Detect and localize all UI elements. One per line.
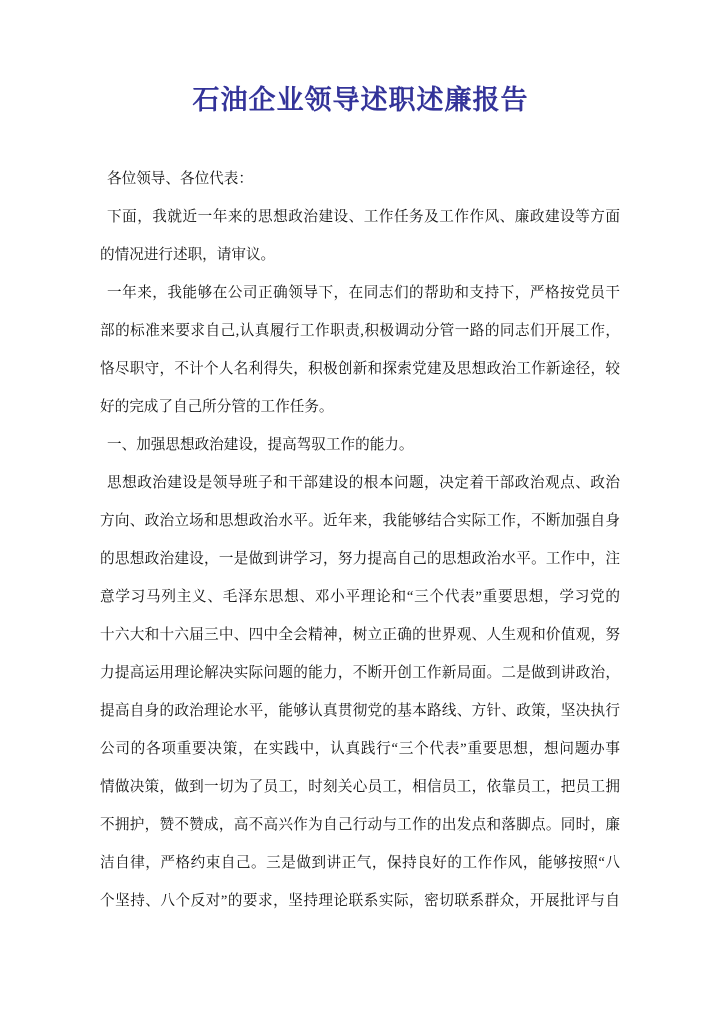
text-line: 方向、政治立场和思想政治水平。近年来，我能够结合实际工作，不断加强自身 — [100, 502, 620, 540]
document-page: 石油企业领导述职述廉报告 各位领导、各位代表：下面，我就近一年来的思想政治建设、… — [0, 0, 721, 1020]
document-title: 石油企业领导述职述廉报告 — [0, 80, 721, 120]
text-line: 好的完成了自己所分管的工作任务。 — [100, 388, 620, 426]
text-line: 不拥护，赞不赞成，高不高兴作为自己行动与工作的出发点和落脚点。同时，廉 — [100, 806, 620, 844]
text-line: 的思想政治建设，一是做到讲学习，努力提高自己的思想政治水平。工作中，注 — [100, 540, 620, 578]
text-line: 情做决策，做到一切为了员工，时刻关心员工，相信员工，依靠员工，把员工拥 — [100, 768, 620, 806]
text-line: 的情况进行述职，请审议。 — [100, 236, 620, 274]
text-line: 意学习马列主义、毛泽东思想、邓小平理论和“三个代表”重要思想，学习党的 — [100, 578, 620, 616]
text-line: 思想政治建设是领导班子和干部建设的根本问题，决定着干部政治观点、政治 — [100, 464, 620, 502]
text-line: 洁自律，严格约束自己。三是做到讲正气，保持良好的工作作风，能够按照“八 — [100, 844, 620, 882]
text-line: 十六大和十六届三中、四中全会精神，树立正确的世界观、人生观和价值观，努 — [100, 616, 620, 654]
text-line: 个坚持、八个反对”的要求，坚持理论联系实际，密切联系群众，开展批评与自 — [100, 882, 620, 920]
text-line: 提高自身的政治理论水平，能够认真贯彻党的基本路线、方针、政策，坚决执行 — [100, 692, 620, 730]
text-line: 部的标准来要求自己,认真履行工作职责,积极调动分管一路的同志们开展工作， — [100, 312, 620, 350]
text-line: 下面，我就近一年来的思想政治建设、工作任务及工作作风、廉政建设等方面 — [100, 198, 620, 236]
text-line: 力提高运用理论解决实际问题的能力，不断开创工作新局面。二是做到讲政治， — [100, 654, 620, 692]
text-line: 公司的各项重要决策，在实践中，认真践行“三个代表”重要思想，想问题办事 — [100, 730, 620, 768]
text-line: 恪尽职守，不计个人名利得失，积极创新和探索党建及思想政治工作新途径，较 — [100, 350, 620, 388]
document-body: 各位领导、各位代表：下面，我就近一年来的思想政治建设、工作任务及工作作风、廉政建… — [100, 160, 620, 920]
text-line: 一、加强思想政治建设，提高驾驭工作的能力。 — [100, 426, 620, 464]
text-line: 一年来，我能够在公司正确领导下，在同志们的帮助和支持下，严格按党员干 — [100, 274, 620, 312]
text-line: 各位领导、各位代表： — [100, 160, 620, 198]
